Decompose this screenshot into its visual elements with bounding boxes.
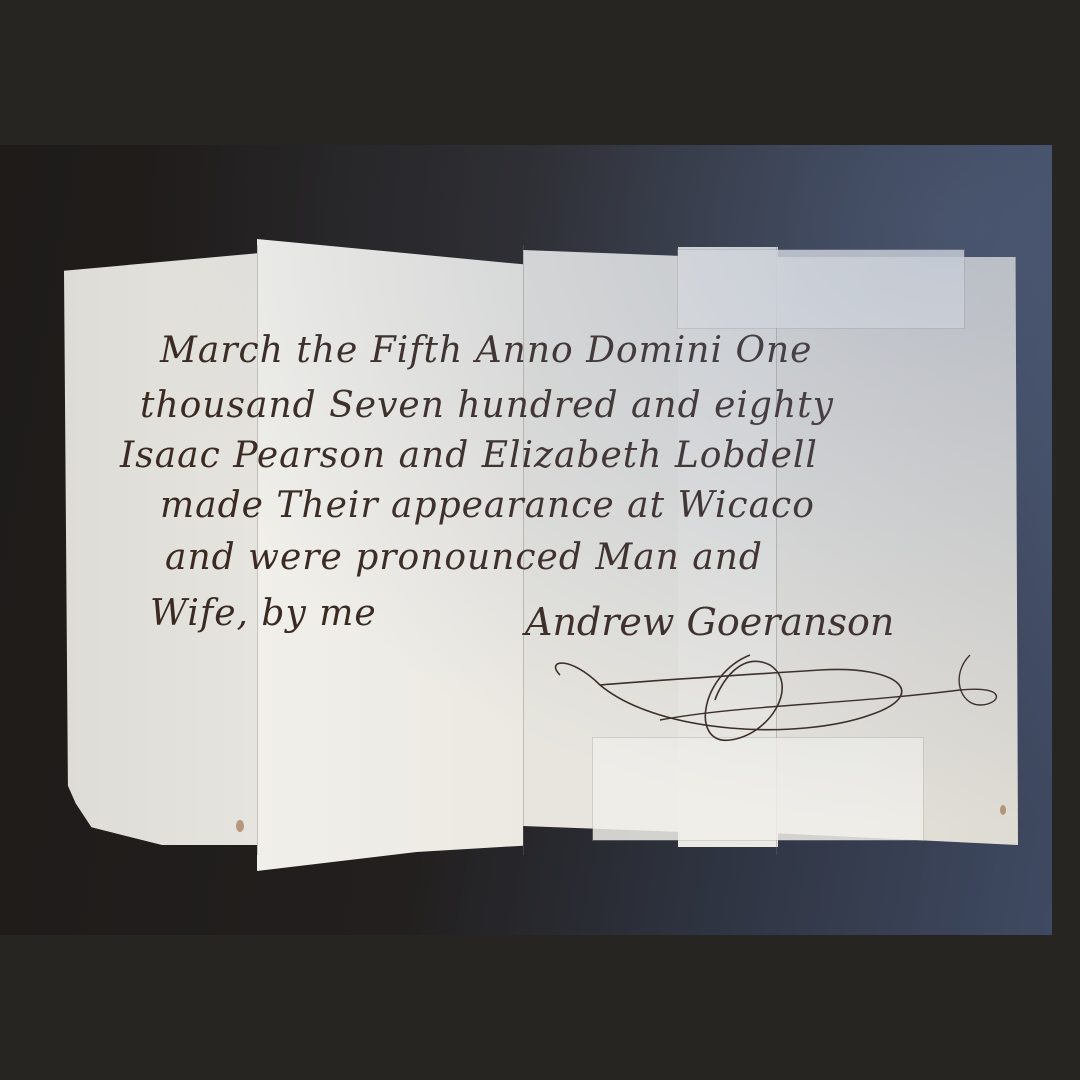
text-line-6: Wife, by me (150, 593, 377, 634)
text-line-3: Isaac Pearson and Elizabeth Lobdell (120, 435, 818, 476)
text-line-5: and were pronounced Man and (165, 537, 763, 578)
text-line-4: made Their appearance at Wicaco (160, 485, 815, 526)
document-photo: March the Fifth Anno Domini One thousand… (0, 145, 1052, 935)
signature: Andrew Goeranson (525, 600, 894, 644)
signature-flourish-icon (540, 645, 1010, 755)
stain (1000, 805, 1006, 815)
text-line-2: thousand Seven hundred and eighty (140, 385, 834, 426)
stain (236, 820, 244, 832)
text-line-1: March the Fifth Anno Domini One (160, 330, 812, 371)
repair-tape-top (678, 250, 964, 328)
